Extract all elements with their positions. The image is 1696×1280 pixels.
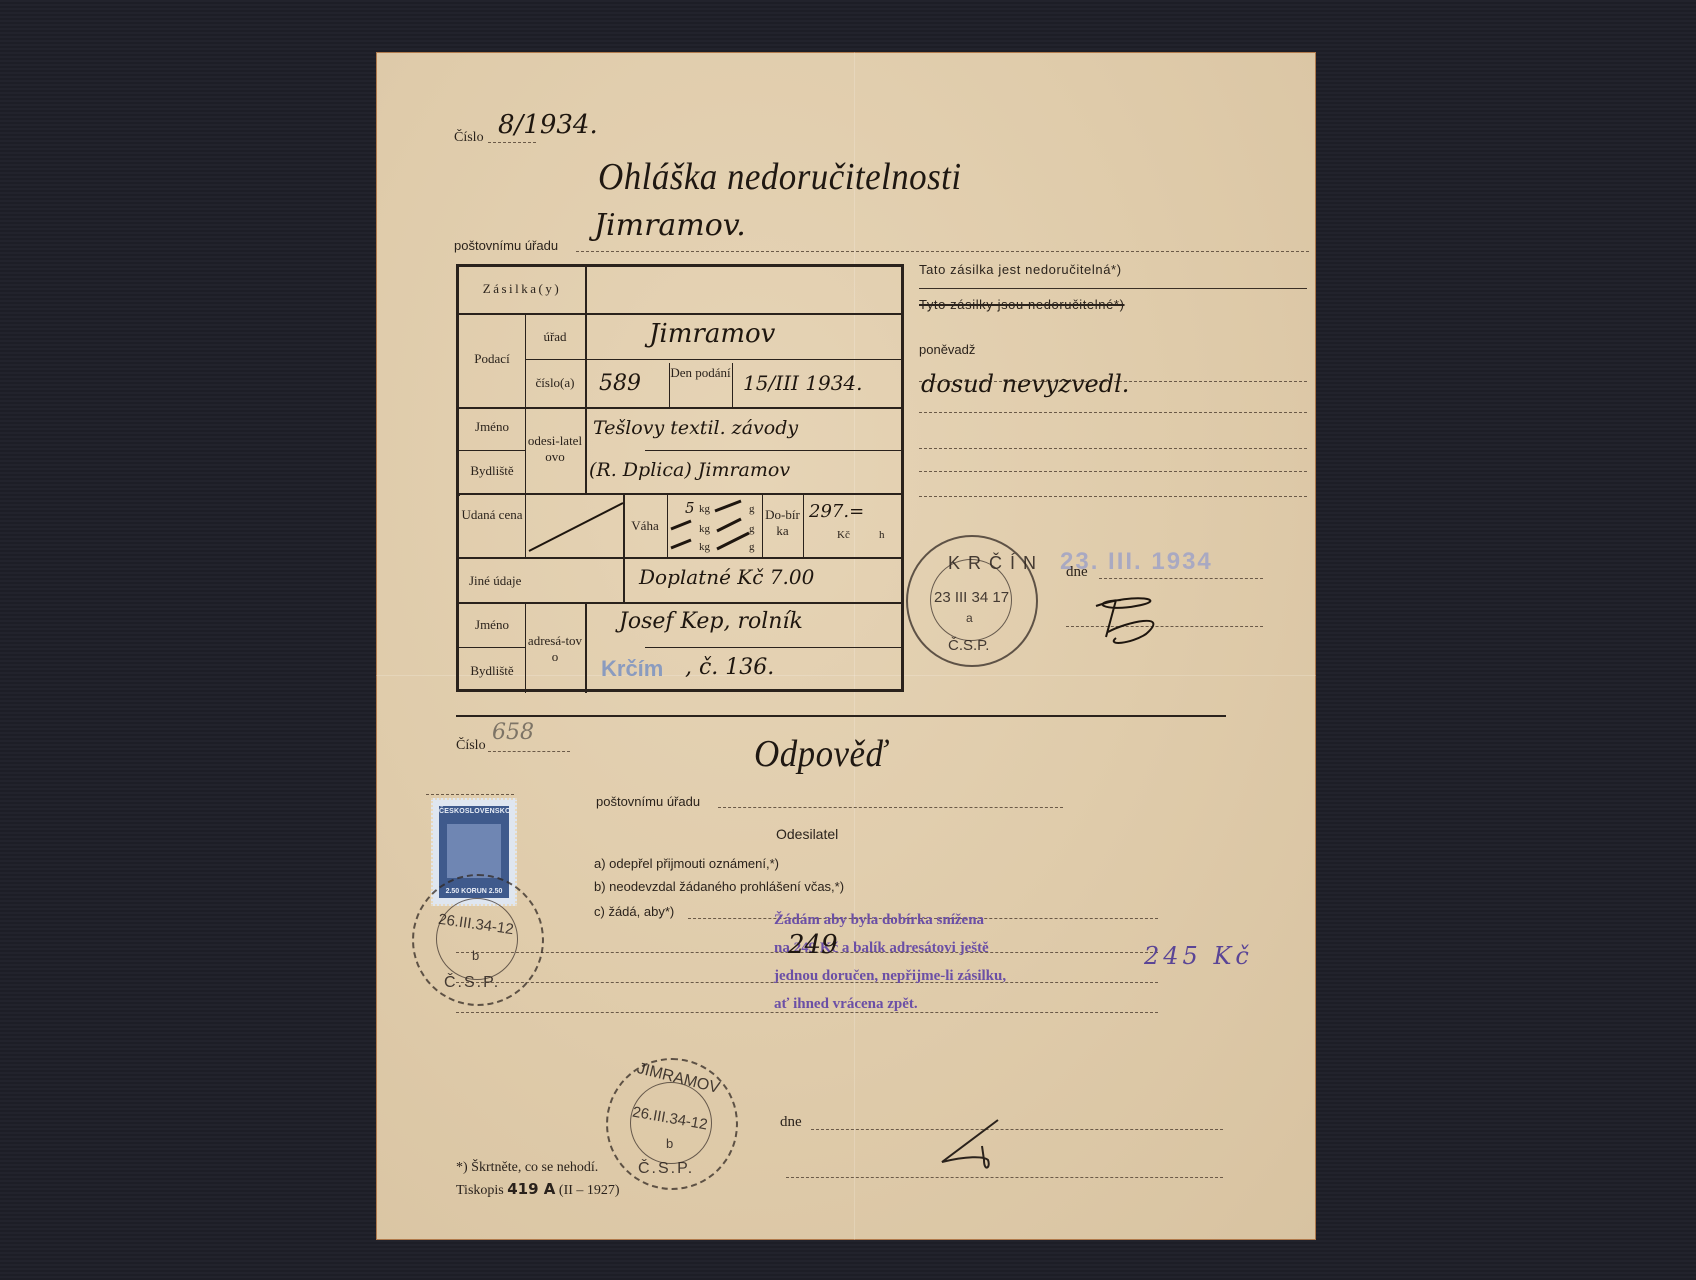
stamp-country: ČESKOSLOVENSKO: [439, 808, 509, 815]
number-value: 8/1934.: [498, 110, 598, 140]
sender-heading: Odesilatel: [776, 826, 838, 842]
reply-office-label: poštovnímu úřadu: [596, 794, 700, 809]
stamp-image: [447, 824, 501, 878]
reply-number-label: Číslo: [456, 738, 486, 754]
reply-date-label: dne: [780, 1114, 802, 1131]
option-b: b) neodevzdal žádaného prohlášení včas,*…: [594, 879, 844, 894]
form-prefix: Tiskopis: [456, 1183, 504, 1198]
page-title: Ohláška nedoručitelnosti: [598, 155, 962, 199]
form-edition: (II – 1927): [559, 1183, 620, 1198]
option-a: a) odepřel přijmouti oznámení,*): [594, 856, 779, 871]
footnote: *) Škrtněte, co se nehodí.: [456, 1160, 598, 1176]
postmark-jimramov-1: 26.III.34-12 b Č.S.P.: [412, 874, 544, 1006]
reply-number-value: 658: [492, 720, 534, 745]
section-divider: [456, 715, 1226, 717]
postmark-jimramov-2: JIMRAMOV 26.III.34-12 b Č.S.P.: [606, 1058, 738, 1190]
because-label: poněvadž: [919, 342, 975, 357]
request-line-3: jednou doručen, nepřijme-li zásilku,: [774, 968, 1006, 985]
signature-1: [1076, 562, 1186, 652]
option-c: c) žádá, aby*): [594, 904, 674, 919]
cancel-strokes: [459, 267, 907, 695]
number-dotted-line: [488, 142, 536, 143]
undeliverable-plural-struck: Tyto zásilky jsou nedoručitelné*): [919, 297, 1125, 312]
shipment-table: Zásilka(y) Podací úřad číslo(a) Den podá…: [456, 264, 904, 692]
side-note-amount: 245 Kč: [1144, 942, 1253, 970]
signature-2: [936, 1116, 1016, 1176]
office-label: poštovnímu úřadu: [454, 238, 558, 253]
reason-value: dosud nevyzvedl.: [921, 370, 1129, 398]
office-dotted-line: [576, 251, 1309, 252]
request-line-4: ať ihned vrácena zpět.: [774, 996, 918, 1013]
reply-title: Odpověď: [754, 732, 887, 776]
form-identifier: Tiskopis 419 A (II – 1927): [456, 1180, 620, 1199]
document-sheet: Číslo 8/1934. Ohláška nedoručitelnosti p…: [376, 52, 1316, 1240]
undeliverable-single: Tato zásilka jest nedoručitelná*): [919, 262, 1122, 277]
number-label: Číslo: [454, 130, 484, 146]
handwritten-amount: 249: [788, 930, 838, 960]
request-line-1: Žádám aby byla dobírka snížena: [774, 912, 984, 929]
postmark-krcin: KRČÍN 23 III 34 17 a Č.S.P.: [906, 535, 1038, 667]
form-number: 419 A: [507, 1180, 555, 1198]
office-value: Jimramov.: [594, 208, 746, 243]
